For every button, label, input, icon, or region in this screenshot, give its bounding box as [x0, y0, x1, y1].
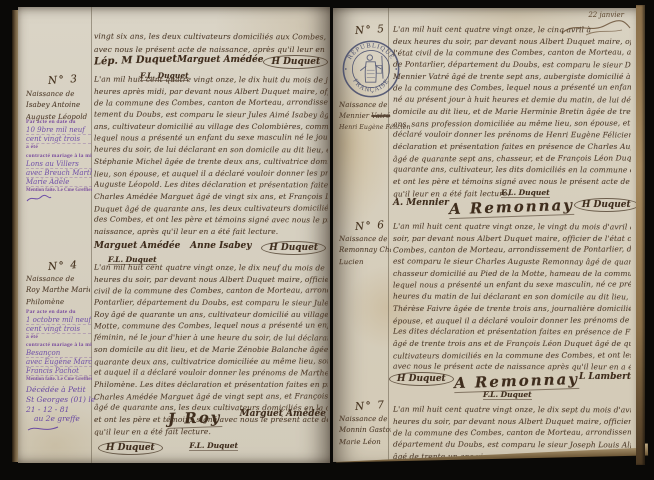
record4-number: N° 4 [48, 259, 79, 273]
act-text-line: heures du soir, par devant nous Albert D… [94, 274, 328, 286]
act-text-line: Stéphanie Michel âgée de trente deux ans… [94, 156, 328, 168]
signature-fl-duquet: F.L. Duquet [189, 441, 238, 451]
signature-marguet: Marguet Amédée [94, 241, 180, 251]
signature-h-duquet: H Duquet [261, 241, 326, 255]
mention-line: cent vingt trois [26, 135, 91, 144]
margin-name-line: Lucien [339, 257, 391, 269]
record6-number: N° 6 [355, 219, 386, 233]
act-text-line: Philomène. Les dites déclaration et prés… [94, 379, 328, 391]
act-text-line: naissance, après qu'il leur en a été fai… [94, 226, 328, 238]
record5-act-body: L'an mil huit cent quatre vingt onze, le… [393, 24, 631, 199]
act2-signature-row: Lép. M Duquet Marguet Amédée H Duquet [94, 55, 324, 69]
record4-marriage-mention-stamp-place: contracté mariage à la mie de Besançon a… [26, 342, 92, 383]
act-text-line: L'an mil huit cent quatre vingt onze, le… [393, 221, 631, 234]
mention-line: avec Breuch Marthe [26, 169, 92, 178]
signature-h-duquet: H Duquet [574, 198, 638, 212]
act-text-line: féminin, né le jour d'hier à une heure d… [94, 332, 328, 345]
mention-line: Par acte en date du [26, 119, 91, 126]
mention-line: contracté mariage à la mie de [26, 153, 92, 160]
record4-death-note: Décédée à Petit St Georges (01) le 21 - … [26, 385, 94, 434]
act-text-line: des Combes, et ont les père et témoins s… [94, 214, 328, 227]
signature-h-duquet: H Duquet [98, 441, 163, 455]
mention-greffier-line: Mention faite. Le Cme Greffier [26, 376, 92, 383]
register-scan: vingt six ans, les deux cultivateurs dom… [0, 0, 654, 480]
signature-anne-isabey: Anne Isabey [190, 241, 251, 251]
book-page-block-edge [636, 5, 645, 465]
act-text-line: déclaré vouloir donner les prénoms de He… [393, 129, 631, 142]
margin-name-line: Isabey Antoine [26, 100, 90, 111]
margin-name-line: Marie Léon [339, 437, 391, 449]
death-note-line: 21 - 12 - 81 [26, 405, 94, 415]
act-text-line: L'an mil huit cent quatre vingt onze, le… [393, 404, 631, 417]
act-text-line: L'an mil huit cent quatre vingt onze, le… [94, 262, 328, 275]
margin-name-line: Naissance de [339, 100, 397, 112]
margin-name-line: Henri Eugène Félicien [339, 123, 397, 133]
act-text-line: domicile au dit lieu, et de Marie Hermin… [393, 106, 631, 118]
mention-line: Par acte en date du [26, 309, 91, 316]
margin-name-line: Monnin Gaston [339, 425, 391, 436]
signature-h-duquet: H Duquet [389, 372, 454, 386]
mention-line: avec Eugène Marcel [26, 358, 92, 367]
record3-marriage-mention-stamp-date: Par acte en date du 10 9bre mil neuf cen… [26, 119, 91, 152]
record3-number: N° 3 [48, 73, 79, 87]
record3-signature-row: Marguet Amédée Anne Isabey H Duquet [94, 241, 326, 255]
mention-line: a été [26, 144, 91, 151]
act-text-line: quarante ans, cultivateur, les dits domi… [393, 164, 631, 177]
act-text-line: né au présent jour à huit heures et demi… [393, 94, 631, 107]
right-page-scan: 22 janvier N° 5 RÉPUBLIQUE FRANÇAISE [333, 8, 638, 462]
signature-marguet: Marguet Amédée [177, 55, 263, 65]
mention-line: Lons au Villers [26, 160, 92, 169]
mention-line: Francis Pachot [26, 367, 92, 376]
svg-text:FRANÇAISE: FRANÇAISE [351, 78, 391, 94]
record4-signature-row-1: J Roy Marguet Amédée [168, 409, 326, 428]
act-text-line: deux heures du soir, par devant nous Alb… [393, 36, 631, 48]
margin-name-line: Remonnay Charles [339, 245, 391, 256]
signature-j-roy: J Roy [168, 408, 222, 429]
record4-signature-row-2: H Duquet F.L. Duquet [98, 441, 238, 455]
act-text-line: heures du matin de lui déclarant en son … [393, 291, 631, 304]
death-note-flourish [26, 424, 60, 434]
svg-text:RÉPUBLIQUE: RÉPUBLIQUE [346, 42, 395, 61]
record4-margin-name: Naissance deRoy Marthe MariePhilomène [26, 274, 90, 308]
mention-line: Besançon [26, 349, 92, 358]
act-text-line: et ont les père et témoins signé avec no… [393, 176, 631, 188]
act2-closing-lines: vingt six ans, les deux cultivateurs dom… [94, 31, 326, 56]
act-text-line: soir, par devant nous Albert Duquet mair… [393, 233, 631, 245]
signature-mennier: A. Mennier [393, 198, 449, 208]
record6-signature-row: H Duquet A Remonnay L Lambert [389, 372, 631, 391]
minerva-figure [360, 55, 383, 82]
act-text-line: L'an mil huit cent quatre vingt onze, le… [94, 74, 328, 87]
margin-name-line: Philomène [26, 297, 90, 309]
corner-archival-note: 22 janvier [588, 11, 624, 19]
act-text-line: Thérèse Faivre âgée de trente trois ans,… [393, 303, 631, 315]
record3-act-body: L'an mil huit cent quatre vingt onze, le… [94, 74, 328, 238]
signature-duquet-lm: Lép. M Duquet [94, 54, 177, 68]
act-text-line: est comparu le sieur Charles Auguste Rem… [393, 256, 631, 269]
act-text-line: de la commune des Combes, canton de Mort… [94, 97, 328, 110]
record6-act-body: L'an mil huit cent quatre vingt onze, le… [393, 221, 631, 373]
record3-marriage-mention-stamp-place: contracté mariage à la mie de Lons au Vi… [26, 153, 92, 204]
mention-line: cent vingt trois [26, 325, 91, 334]
margin-name-line: Mennier Vatré [339, 111, 397, 122]
act-text-line: heures du soir, de lui déclarant en son … [94, 144, 328, 157]
act-text-line: tement du Doubs, est comparu le sieur Ju… [94, 109, 328, 122]
death-note-line: St Georges (01) le [26, 395, 94, 405]
act-text-line: son domicile au dit lieu, et de Marie Zé… [94, 344, 328, 356]
child-surname: Mennier [339, 112, 369, 120]
greffier-signature-flourish [26, 194, 52, 204]
act-text-line: vingt six ans, les deux cultivateurs dom… [94, 31, 326, 44]
record5-margin-name: Naissance de Mennier Vatré Henri Eugène … [339, 100, 397, 133]
act-text-line: et auquel il a déclaré vouloir donner le… [94, 367, 328, 380]
mention-line: 10 9bre mil neuf [26, 126, 91, 135]
act-text-line: Les dites déclaration et présentation fa… [393, 326, 631, 339]
record5-signature-row: A. Mennier A Remonnay H Duquet [393, 198, 631, 217]
act-text-line: Pontarlier, département du Doubs, est co… [94, 297, 328, 310]
death-note-line: au 2e greffe [26, 414, 94, 424]
margin-name-line: Naissance de [26, 274, 90, 286]
signature-h-duquet: H Duquet [263, 55, 328, 69]
death-note-line: Décédée à Petit [26, 385, 94, 395]
act-text-line: âgé de trente trois ans et de François L… [393, 338, 631, 350]
record5-number: N° 5 [355, 23, 386, 37]
struck-out-word: Vatré [371, 112, 390, 120]
act-text-line: l'état civil de la commune des Combes, c… [393, 47, 631, 60]
act-text-line: heures du soir, par devant nous Albert D… [393, 416, 631, 428]
margin-name-line: Roy Marthe Marie [26, 285, 90, 296]
act-text-line: Combes, canton de Morteau, arrondissemen… [393, 244, 631, 257]
signature-remonnay: A Remonnay [449, 196, 575, 219]
signature-fl-duquet: F.L. Duquet [483, 390, 532, 400]
act-text-line: civil de la commune des Combes, canton d… [94, 285, 328, 298]
record7-margin-name: Naissance deMonnin GastonMarie Léon [339, 414, 391, 448]
act-text-line: de Pontarlier, département du Doubs, est… [393, 59, 631, 72]
act-text-line: Charles Amédée Marguet âgé de vingt six … [94, 191, 328, 203]
margin-name-line: Naissance de [339, 414, 391, 426]
mention-line: a été [26, 334, 91, 341]
record7-number: N° 7 [355, 399, 386, 413]
act-text-line: L'an mil huit cent quatre vingt onze, le… [393, 24, 631, 37]
signature-lambert: L Lambert [579, 372, 631, 382]
margin-name-line: Naissance de [26, 89, 90, 101]
left-page-scan: vingt six ans, les deux cultivateurs dom… [18, 7, 330, 463]
act-text-line: Auguste Léopold. Les dites déclaration e… [94, 179, 328, 192]
margin-name-line: Naissance de [339, 234, 391, 246]
record6-margin-name: Naissance deRemonnay CharlesLucien [339, 234, 391, 268]
act-text-line: déclaration et présentation faites en pr… [393, 141, 631, 153]
mention-line: 1 octobre mil neuf [26, 316, 91, 325]
seal-text-bottom: FRANÇAISE [351, 78, 391, 94]
act-text-line: de la commune des Combes, canton de Mort… [393, 427, 631, 440]
record4-marriage-mention-stamp-date: Par acte en date du 1 octobre mil neuf c… [26, 309, 91, 342]
signature-marguet: Marguet Amédée [240, 409, 326, 419]
mention-line: contracté mariage à la mie de [26, 342, 92, 349]
mention-line: Marie Adèle [26, 178, 92, 187]
mention-greffier-line: Mention faite. Le Cme Greffier [26, 187, 92, 194]
act-text-line: département du Doubs, est comparu le sie… [393, 439, 631, 452]
act-text-line: heures après midi, par devant nous Alber… [94, 86, 328, 98]
seal-text-top: RÉPUBLIQUE [346, 42, 395, 61]
